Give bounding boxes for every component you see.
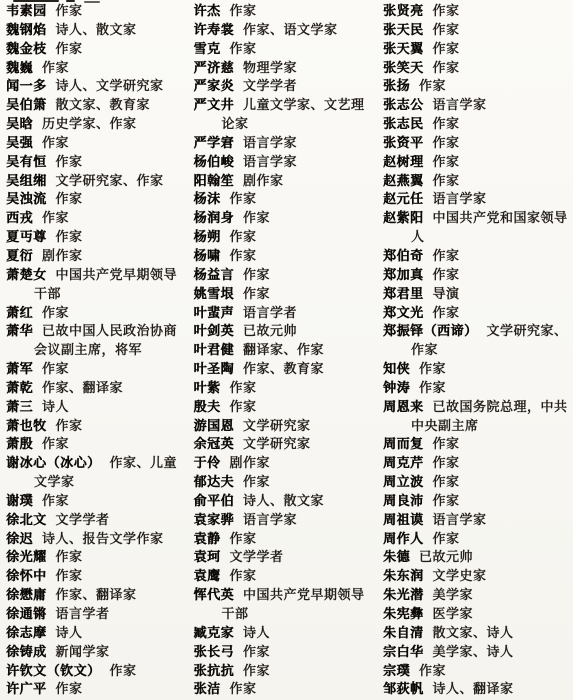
person-name: 知侠 bbox=[383, 361, 410, 376]
list-item: 张扬作家 bbox=[383, 77, 569, 96]
person-role: 散文家、诗人 bbox=[433, 625, 514, 640]
person-name: 于伶 bbox=[194, 455, 221, 470]
list-item: 谢璞作家 bbox=[6, 492, 188, 511]
person-role: 作家 bbox=[433, 3, 460, 18]
list-item: 殷夫作家 bbox=[194, 398, 378, 417]
person-name: 杨益言 bbox=[194, 267, 235, 282]
person-role: 作家 bbox=[230, 380, 257, 395]
person-role: 作家 bbox=[433, 267, 460, 282]
person-name: 萧也牧 bbox=[6, 418, 47, 433]
list-item: 萧乾作家、翻译家 bbox=[6, 379, 188, 398]
person-name: 谢璞 bbox=[6, 493, 33, 508]
list-item: 徐通锵语言学者 bbox=[6, 605, 188, 624]
person-name: 叶君健 bbox=[194, 342, 235, 357]
person-name: 萧红 bbox=[6, 305, 33, 320]
list-item: 吴有恒作家 bbox=[6, 153, 188, 172]
person-name: 张天民 bbox=[383, 22, 424, 37]
person-name: 许钦文（钦文） bbox=[6, 663, 101, 678]
list-item: 叶蜚声语言学者 bbox=[194, 304, 378, 323]
person-role: 散文家、教育家 bbox=[56, 97, 151, 112]
person-role: 新闻学家 bbox=[56, 644, 110, 659]
list-item: 徐怀中作家 bbox=[6, 567, 188, 586]
list-item: 雪克作家 bbox=[194, 40, 378, 59]
list-item: 赵树理作家 bbox=[383, 153, 569, 172]
person-name: 叶圣陶 bbox=[194, 361, 235, 376]
person-name: 夏衍 bbox=[6, 248, 33, 263]
person-role: 中国共产党早期领导干部 bbox=[34, 267, 177, 301]
person-name: 周立波 bbox=[383, 474, 424, 489]
list-item: 叶圣陶作家、教育家 bbox=[194, 360, 378, 379]
person-role: 作家 bbox=[433, 455, 460, 470]
person-name: 郑振铎（西谛） bbox=[383, 323, 478, 338]
list-item: 叶君健翻译家、作家 bbox=[194, 341, 378, 360]
list-item: 张笑天作家 bbox=[383, 59, 569, 78]
person-name: 萧乾 bbox=[6, 380, 33, 395]
person-name: 魏巍 bbox=[6, 60, 33, 75]
person-role: 作家 bbox=[42, 210, 69, 225]
person-role: 作家 bbox=[42, 493, 69, 508]
list-item: 知侠作家 bbox=[383, 360, 569, 379]
list-item: 萧也牧作家 bbox=[6, 417, 188, 436]
person-name: 朱宪彝 bbox=[383, 606, 424, 621]
list-item: 周立波作家 bbox=[383, 473, 569, 492]
person-name: 西戎 bbox=[6, 210, 33, 225]
list-item: 魏钢焰诗人、散文家 bbox=[6, 21, 188, 40]
person-name: 张志民 bbox=[383, 116, 424, 131]
list-item: 许广平作家 bbox=[6, 680, 188, 699]
list-item: 游国恩文学研究家 bbox=[194, 417, 378, 436]
list-item: 张洁作家 bbox=[194, 680, 378, 699]
list-item: 赵元任语言学家 bbox=[383, 190, 569, 209]
list-item: 于伶剧作家 bbox=[194, 454, 378, 473]
list-item: 阳翰笙剧作家 bbox=[194, 172, 378, 191]
person-role: 诗人、报告文学作家 bbox=[42, 531, 164, 546]
list-item: 恽代英中国共产党早期领导干部 bbox=[194, 586, 378, 624]
person-name: 萧三 bbox=[6, 399, 33, 414]
list-item: 郑伯奇作家 bbox=[383, 247, 569, 266]
person-role: 作家 bbox=[42, 305, 69, 320]
person-role: 语言学家 bbox=[433, 97, 487, 112]
person-name: 许杰 bbox=[194, 3, 221, 18]
person-name: 姚雪垠 bbox=[194, 286, 235, 301]
list-item: 叶紫作家 bbox=[194, 379, 378, 398]
person-name: 杨啸 bbox=[194, 248, 221, 263]
person-name: 韦素园 bbox=[6, 3, 47, 18]
person-name: 游国恩 bbox=[194, 418, 235, 433]
person-role: 文学史家 bbox=[433, 568, 487, 583]
person-role: 作家 bbox=[230, 681, 257, 696]
person-role: 作家 bbox=[433, 531, 460, 546]
list-item: 钟涛作家 bbox=[383, 379, 569, 398]
list-item: 郑振铎（西谛）文学研究家、作家 bbox=[383, 322, 569, 360]
person-name: 吴有恒 bbox=[6, 154, 47, 169]
person-name: 朱德 bbox=[383, 549, 410, 564]
person-role: 作家 bbox=[42, 436, 69, 451]
person-name: 徐迟 bbox=[6, 531, 33, 546]
person-name: 周而复 bbox=[383, 436, 424, 451]
person-role: 作家 bbox=[56, 41, 83, 56]
person-role: 作家 bbox=[419, 663, 446, 678]
list-item: 徐北文文学学者 bbox=[6, 511, 188, 530]
person-role: 诗人、散文家 bbox=[243, 493, 324, 508]
person-name: 徐怀中 bbox=[6, 568, 47, 583]
person-name: 吴晗 bbox=[6, 116, 33, 131]
person-name: 赵元任 bbox=[383, 191, 424, 206]
list-item: 吴伯箫散文家、教育家 bbox=[6, 96, 188, 115]
person-name: 臧克家 bbox=[194, 625, 235, 640]
person-name: 叶剑英 bbox=[194, 323, 235, 338]
person-role: 文学研究家 bbox=[243, 418, 311, 433]
person-name: 周恩来 bbox=[383, 399, 424, 414]
person-role: 作家 bbox=[433, 135, 460, 150]
person-name: 俞平伯 bbox=[194, 493, 235, 508]
person-name: 叶蜚声 bbox=[194, 305, 235, 320]
list-item: 俞平伯诗人、散文家 bbox=[194, 492, 378, 511]
list-item: 萧殷作家 bbox=[6, 435, 188, 454]
person-name: 魏钢焰 bbox=[6, 22, 47, 37]
person-name: 张抗抗 bbox=[194, 663, 235, 678]
name-list-column-3: 张贤亮作家张天民作家张天翼作家张笑天作家张扬作家张志公语言学家张志民作家张资平作… bbox=[383, 2, 569, 698]
list-item: 赵燕翼作家 bbox=[383, 172, 569, 191]
list-item: 吴强作家 bbox=[6, 134, 188, 153]
person-name: 余冠英 bbox=[194, 436, 235, 451]
person-name: 杨朔 bbox=[194, 229, 221, 244]
list-item: 徐迟诗人、报告文学作家 bbox=[6, 530, 188, 549]
person-role: 作家 bbox=[433, 173, 460, 188]
person-role: 已故元帅 bbox=[243, 323, 297, 338]
person-name: 宗璞 bbox=[383, 663, 410, 678]
person-name: 萧华 bbox=[6, 323, 33, 338]
list-item: 许杰作家 bbox=[194, 2, 378, 21]
list-item: 夏衍剧作家 bbox=[6, 247, 188, 266]
list-item: 萧三诗人 bbox=[6, 398, 188, 417]
list-item: 严文井儿童文学家、文艺理论家 bbox=[194, 96, 378, 134]
person-role: 导演 bbox=[433, 286, 460, 301]
list-item: 吴组缃文学研究家、作家 bbox=[6, 172, 188, 191]
list-item: 杨朔作家 bbox=[194, 228, 378, 247]
person-role: 作家 bbox=[433, 493, 460, 508]
list-item: 徐铸成新闻学家 bbox=[6, 643, 188, 662]
person-name: 萧军 bbox=[6, 361, 33, 376]
list-item: 杨沫作家 bbox=[194, 190, 378, 209]
list-item: 闻一多诗人、文学研究家 bbox=[6, 77, 188, 96]
person-name: 杨润身 bbox=[194, 210, 235, 225]
list-item: 吴晗历史学家、作家 bbox=[6, 115, 188, 134]
person-role: 作家 bbox=[56, 568, 83, 583]
list-item: 邹荻帆诗人、翻译家 bbox=[383, 680, 569, 699]
list-item: 夏丏尊作家 bbox=[6, 228, 188, 247]
list-item: 朱自清散文家、诗人 bbox=[383, 624, 569, 643]
list-item: 徐光耀作家 bbox=[6, 548, 188, 567]
list-item: 郁达夫作家 bbox=[194, 473, 378, 492]
person-role: 已故中国人民政治协商会议副主席，将军 bbox=[34, 323, 177, 357]
list-item: 谢冰心（冰心）作家、儿童文学家 bbox=[6, 454, 188, 492]
person-role: 作家 bbox=[42, 361, 69, 376]
person-role: 语言学家 bbox=[433, 191, 487, 206]
person-role: 作家 bbox=[230, 3, 257, 18]
list-item: 张抗抗作家 bbox=[194, 662, 378, 681]
list-item: 张志民作家 bbox=[383, 115, 569, 134]
person-role: 作家 bbox=[56, 3, 83, 18]
person-role: 作家 bbox=[419, 78, 446, 93]
person-name: 徐光耀 bbox=[6, 549, 47, 564]
person-role: 作家 bbox=[433, 116, 460, 131]
list-item: 杨伯峻语言学家 bbox=[194, 153, 378, 172]
scanned-page: 韦素园作家魏钢焰诗人、散文家魏金枝作家魏巍作家闻一多诗人、文学研究家吴伯箫散文家… bbox=[0, 0, 573, 700]
list-item: 宗白华美学家、诗人 bbox=[383, 643, 569, 662]
list-item: 郑文光作家 bbox=[383, 304, 569, 323]
person-name: 袁鹰 bbox=[194, 568, 221, 583]
list-item: 萧红作家 bbox=[6, 304, 188, 323]
list-item: 宗璞作家 bbox=[383, 662, 569, 681]
person-role: 作家 bbox=[56, 681, 83, 696]
person-role: 作家 bbox=[56, 229, 83, 244]
person-role: 作家 bbox=[243, 644, 270, 659]
person-name: 周克芹 bbox=[383, 455, 424, 470]
person-role: 作家 bbox=[433, 248, 460, 263]
person-role: 美学家、诗人 bbox=[433, 644, 514, 659]
list-item: 萧华已故中国人民政治协商会议副主席，将军 bbox=[6, 322, 188, 360]
person-name: 朱光潜 bbox=[383, 587, 424, 602]
person-name: 袁家骅 bbox=[194, 512, 235, 527]
list-item: 西戎作家 bbox=[6, 209, 188, 228]
person-name: 郁达夫 bbox=[194, 474, 235, 489]
person-name: 严文井 bbox=[194, 97, 235, 112]
list-item: 姚雪垠作家 bbox=[194, 285, 378, 304]
list-item: 魏金枝作家 bbox=[6, 40, 188, 59]
person-role: 剧作家 bbox=[230, 455, 271, 470]
person-name: 宗白华 bbox=[383, 644, 424, 659]
person-role: 诗人 bbox=[56, 625, 83, 640]
person-role: 文学学者 bbox=[230, 549, 284, 564]
person-name: 徐通锵 bbox=[6, 606, 47, 621]
person-role: 作家、语文学家 bbox=[243, 22, 338, 37]
person-name: 袁珂 bbox=[194, 549, 221, 564]
list-item: 严学宭语言学家 bbox=[194, 134, 378, 153]
person-role: 作家 bbox=[243, 286, 270, 301]
person-name: 张贤亮 bbox=[383, 3, 424, 18]
person-name: 赵燕翼 bbox=[383, 173, 424, 188]
person-role: 作家 bbox=[230, 399, 257, 414]
person-name: 郑加真 bbox=[383, 267, 424, 282]
person-name: 赵树理 bbox=[383, 154, 424, 169]
person-name: 张志公 bbox=[383, 97, 424, 112]
person-name: 张长弓 bbox=[194, 644, 235, 659]
person-role: 作家 bbox=[42, 60, 69, 75]
list-item: 郑加真作家 bbox=[383, 266, 569, 285]
list-item: 赵紫阳中国共产党和国家领导人 bbox=[383, 209, 569, 247]
person-role: 诗人 bbox=[243, 625, 270, 640]
list-item: 徐志摩诗人 bbox=[6, 624, 188, 643]
person-name: 夏丏尊 bbox=[6, 229, 47, 244]
person-name: 谢冰心（冰心） bbox=[6, 455, 101, 470]
person-name: 朱东润 bbox=[383, 568, 424, 583]
list-item: 周克芹作家 bbox=[383, 454, 569, 473]
person-role: 剧作家 bbox=[42, 248, 83, 263]
person-role: 作家 bbox=[230, 531, 257, 546]
list-item: 郑君里导演 bbox=[383, 285, 569, 304]
list-item: 朱宪彝医学家 bbox=[383, 605, 569, 624]
person-name: 吴浊流 bbox=[6, 191, 47, 206]
list-item: 张天民作家 bbox=[383, 21, 569, 40]
person-name: 徐懋庸 bbox=[6, 587, 47, 602]
person-role: 作家 bbox=[230, 41, 257, 56]
person-name: 杨伯峻 bbox=[194, 154, 235, 169]
person-role: 文学研究家 bbox=[243, 436, 311, 451]
list-item: 徐懋庸作家、翻译家 bbox=[6, 586, 188, 605]
person-role: 语言学家 bbox=[243, 154, 297, 169]
person-role: 儿童文学家、文艺理论家 bbox=[222, 97, 365, 131]
list-item: 余冠英文学研究家 bbox=[194, 435, 378, 454]
person-name: 徐志摩 bbox=[6, 625, 47, 640]
person-name: 赵紫阳 bbox=[383, 210, 424, 225]
person-name: 魏金枝 bbox=[6, 41, 47, 56]
person-name: 雪克 bbox=[194, 41, 221, 56]
person-role: 作家 bbox=[433, 436, 460, 451]
person-name: 周作人 bbox=[383, 531, 424, 546]
person-name: 周良沛 bbox=[383, 493, 424, 508]
list-item: 张资平作家 bbox=[383, 134, 569, 153]
person-role: 语言学者 bbox=[243, 305, 297, 320]
list-item: 魏巍作家 bbox=[6, 59, 188, 78]
person-role: 语言学者 bbox=[56, 606, 110, 621]
list-item: 周祖谟语言学家 bbox=[383, 511, 569, 530]
person-name: 朱自清 bbox=[383, 625, 424, 640]
person-role: 作家 bbox=[433, 60, 460, 75]
person-role: 作家 bbox=[433, 305, 460, 320]
person-name: 许广平 bbox=[6, 681, 47, 696]
person-role: 历史学家、作家 bbox=[42, 116, 137, 131]
list-item: 周恩来已故国务院总理，中共中央副主席 bbox=[383, 398, 569, 436]
person-role: 诗人、散文家 bbox=[56, 22, 137, 37]
person-role: 作家 bbox=[419, 361, 446, 376]
person-role: 作家 bbox=[230, 191, 257, 206]
person-role: 诗人 bbox=[42, 399, 69, 414]
person-role: 作家、翻译家 bbox=[42, 380, 123, 395]
person-name: 阳翰笙 bbox=[194, 173, 235, 188]
person-role: 翻译家、作家 bbox=[243, 342, 324, 357]
person-name: 吴组缃 bbox=[6, 173, 47, 188]
person-role: 作家 bbox=[230, 568, 257, 583]
person-name: 郑伯奇 bbox=[383, 248, 424, 263]
person-role: 作家 bbox=[56, 191, 83, 206]
person-role: 作家、教育家 bbox=[243, 361, 324, 376]
person-name: 邹荻帆 bbox=[383, 681, 424, 696]
person-role: 作家 bbox=[433, 474, 460, 489]
list-item: 许寿裳作家、语文学家 bbox=[194, 21, 378, 40]
person-role: 语言学家 bbox=[433, 512, 487, 527]
person-name: 严济慈 bbox=[194, 60, 235, 75]
person-name: 张天翼 bbox=[383, 41, 424, 56]
list-item: 张天翼作家 bbox=[383, 40, 569, 59]
person-role: 作家 bbox=[56, 418, 83, 433]
person-name: 杨沫 bbox=[194, 191, 221, 206]
person-name: 郑君里 bbox=[383, 286, 424, 301]
list-item: 杨润身作家 bbox=[194, 209, 378, 228]
list-item: 朱光潜美学家 bbox=[383, 586, 569, 605]
person-role: 作家、翻译家 bbox=[56, 587, 137, 602]
person-role: 作家 bbox=[230, 229, 257, 244]
person-name: 袁静 bbox=[194, 531, 221, 546]
person-role: 文学研究家、作家 bbox=[56, 173, 164, 188]
person-name: 周祖谟 bbox=[383, 512, 424, 527]
person-role: 作家 bbox=[243, 663, 270, 678]
list-item: 萧楚女中国共产党早期领导干部 bbox=[6, 266, 188, 304]
person-role: 语言学家 bbox=[243, 135, 297, 150]
person-role: 作家 bbox=[243, 474, 270, 489]
person-role: 中国共产党和国家领导人 bbox=[411, 210, 568, 244]
list-item: 臧克家诗人 bbox=[194, 624, 378, 643]
person-role: 医学家 bbox=[433, 606, 474, 621]
person-role: 作家 bbox=[419, 380, 446, 395]
list-item: 周良沛作家 bbox=[383, 492, 569, 511]
person-name: 严家炎 bbox=[194, 78, 235, 93]
person-name: 徐北文 bbox=[6, 512, 47, 527]
person-role: 作家 bbox=[56, 154, 83, 169]
list-item: 袁家骅语言学家 bbox=[194, 511, 378, 530]
person-name: 叶紫 bbox=[194, 380, 221, 395]
person-name: 恽代英 bbox=[194, 587, 235, 602]
list-item: 韦素园作家 bbox=[6, 2, 188, 21]
list-item: 张贤亮作家 bbox=[383, 2, 569, 21]
person-name: 严学宭 bbox=[194, 135, 235, 150]
person-name: 郑文光 bbox=[383, 305, 424, 320]
person-role: 诗人、文学研究家 bbox=[56, 78, 164, 93]
list-item: 袁鹰作家 bbox=[194, 567, 378, 586]
person-role: 文学学者 bbox=[56, 512, 110, 527]
person-role: 作家 bbox=[243, 267, 270, 282]
person-name: 张洁 bbox=[194, 681, 221, 696]
person-role: 物理学家 bbox=[243, 60, 297, 75]
name-list-column-2: 许杰作家许寿裳作家、语文学家雪克作家严济慈物理学家严家炎文学学者严文井儿童文学家… bbox=[194, 2, 378, 698]
person-role: 作家 bbox=[243, 210, 270, 225]
list-item: 袁静作家 bbox=[194, 530, 378, 549]
list-item: 张志公语言学家 bbox=[383, 96, 569, 115]
person-name: 殷夫 bbox=[194, 399, 221, 414]
list-item: 杨啸作家 bbox=[194, 247, 378, 266]
person-role: 诗人、翻译家 bbox=[433, 681, 514, 696]
list-item: 朱德已故元帅 bbox=[383, 548, 569, 567]
list-item: 周作人作家 bbox=[383, 530, 569, 549]
person-role: 文学学者 bbox=[243, 78, 297, 93]
person-role: 作家 bbox=[42, 135, 69, 150]
list-item: 张长弓作家 bbox=[194, 643, 378, 662]
person-role: 作家 bbox=[110, 663, 137, 678]
person-name: 萧殷 bbox=[6, 436, 33, 451]
person-name: 吴强 bbox=[6, 135, 33, 150]
list-item: 叶剑英已故元帅 bbox=[194, 322, 378, 341]
person-name: 钟涛 bbox=[383, 380, 410, 395]
person-role: 剧作家 bbox=[243, 173, 284, 188]
list-item: 杨益言作家 bbox=[194, 266, 378, 285]
name-list-column-1: 韦素园作家魏钢焰诗人、散文家魏金枝作家魏巍作家闻一多诗人、文学研究家吴伯箫散文家… bbox=[6, 2, 188, 698]
person-name: 萧楚女 bbox=[6, 267, 47, 282]
person-role: 已故元帅 bbox=[419, 549, 473, 564]
person-role: 作家 bbox=[56, 549, 83, 564]
list-item: 袁珂文学学者 bbox=[194, 548, 378, 567]
person-role: 作家 bbox=[433, 154, 460, 169]
person-name: 张资平 bbox=[383, 135, 424, 150]
person-role: 作家 bbox=[433, 41, 460, 56]
person-role: 已故国务院总理，中共中央副主席 bbox=[411, 399, 568, 433]
person-name: 张笑天 bbox=[383, 60, 424, 75]
person-role: 美学家 bbox=[433, 587, 474, 602]
person-role: 中国共产党早期领导干部 bbox=[222, 587, 365, 621]
list-item: 周而复作家 bbox=[383, 435, 569, 454]
list-item: 许钦文（钦文）作家 bbox=[6, 662, 188, 681]
list-item: 严家炎文学学者 bbox=[194, 77, 378, 96]
list-item: 萧军作家 bbox=[6, 360, 188, 379]
